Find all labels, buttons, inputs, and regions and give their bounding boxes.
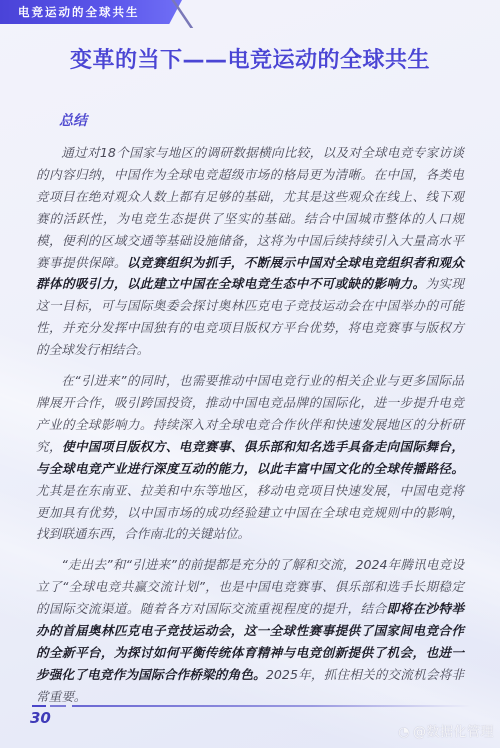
section-title: 总结: [59, 110, 87, 130]
page-title: 变革的当下——电竞运动的全球共生: [0, 43, 500, 74]
paragraph-emphasis: 使中国项目版权方、电竞赛事、俱乐部和知名选手具备走向国际舞台，与全球电竞产业进行…: [36, 439, 464, 476]
banner-title: 电竞运动的全球共生: [18, 4, 140, 20]
watermark: ◔@数据化管理: [398, 721, 494, 740]
weibo-icon: ◔: [398, 725, 410, 740]
paragraph-1: 通过对18个国家与地区的调研数据横向比较，以及对全球电竞专家访谈的内容归纳，中国…: [36, 142, 464, 361]
paragraph-text: 尤其是在东南亚、拉美和中东等地区，移动电竞项目快速发展，中国电竞将更加具有优势，…: [36, 483, 464, 542]
page-number: 30: [30, 709, 51, 727]
footer-divider-line: [72, 705, 472, 707]
footer-divider: [32, 705, 452, 708]
watermark-text: @数据化管理: [413, 725, 494, 740]
paragraph-text: 通过对18个国家与地区的调研数据横向比较，以及对全球电竞专家访谈的内容归纳，中国…: [36, 145, 464, 270]
footer-divider-segment: [50, 705, 66, 707]
paragraph-3: “走出去”和“引进来”的前提都是充分的了解和交流，2024年腾讯电竞设立了“全球…: [36, 554, 464, 707]
body-text: 通过对18个国家与地区的调研数据横向比较，以及对全球电竞专家访谈的内容归纳，中国…: [36, 142, 464, 717]
paragraph-2: 在“引进来”的同时，也需要推动中国电竞行业的相关企业与更多国际品牌展开合作，吸引…: [36, 370, 464, 545]
footer-divider-segment: [32, 705, 46, 707]
